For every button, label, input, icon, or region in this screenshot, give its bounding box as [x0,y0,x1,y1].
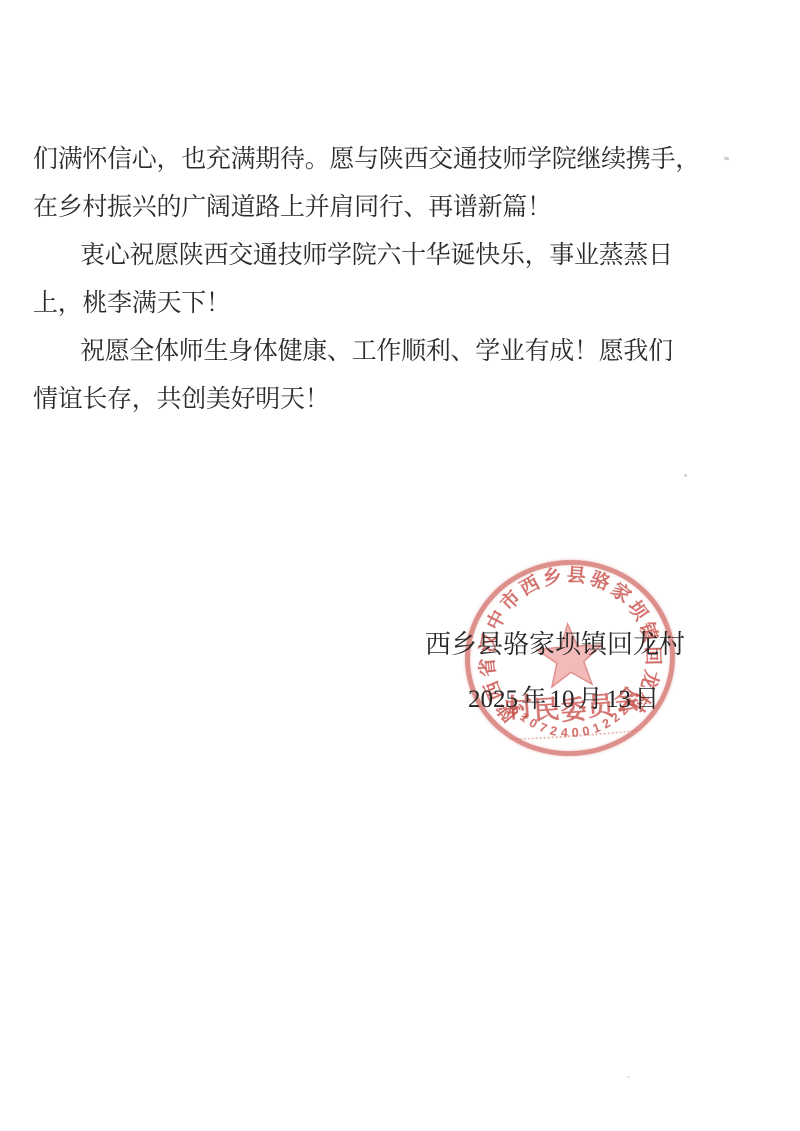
body-line: 们满怀信心，也充满期待。愿与陕西交通技师学院继续携手， [33,136,733,184]
body-line: 情谊长存，共创美好明天！ [33,376,733,424]
scanned-letter-page: 们满怀信心，也充满期待。愿与陕西交通技师学院继续携手， 在乡村振兴的广阔道路上并… [0,0,800,1131]
date-line: 2025 年 10 月 13 日 [468,680,659,720]
body-line: 衷心祝愿陕西交通技师学院六十华诞快乐，事业蒸蒸日 [33,232,733,280]
signature-line: 西乡县骆家坝镇回龙村 [425,625,685,665]
letter-body: 们满怀信心，也充满期待。愿与陕西交通技师学院继续携手， 在乡村振兴的广阔道路上并… [33,136,733,424]
body-line: 在乡村振兴的广阔道路上并肩同行、再谱新篇！ [33,184,733,232]
scan-speck [684,474,687,477]
body-line: 祝愿全体师生身体健康、工作顺利、学业有成！愿我们 [33,328,733,376]
body-line: 上，桃李满天下！ [33,280,733,328]
scan-speck [627,1076,630,1078]
